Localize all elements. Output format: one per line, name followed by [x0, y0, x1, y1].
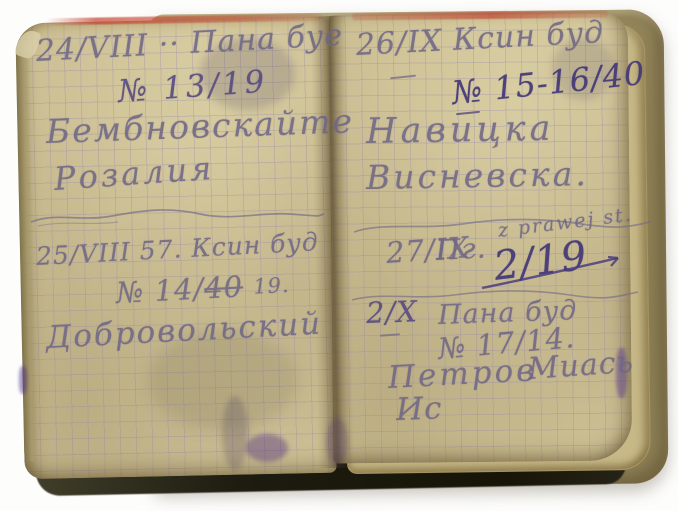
entry2-number-struck: 40 — [203, 269, 244, 305]
ink-smudge — [246, 434, 288, 462]
separator-squiggle — [28, 202, 326, 230]
pencil-smudge — [222, 396, 248, 470]
notebook-photo: 24/VIII ·· Пана буе № 13/19 Бембновскайт… — [0, 0, 678, 511]
squiggle-path — [31, 210, 324, 222]
entry5-name-part-3: Ис — [395, 390, 443, 428]
entry3-surname-1: Навицка — [366, 109, 555, 152]
squiggle-path — [38, 222, 118, 226]
entry5-date: 2/X — [365, 294, 418, 330]
entry5-name-part-2: Миась — [527, 345, 635, 387]
entry2-number-correction: 19. — [253, 273, 290, 299]
arrow-head — [608, 257, 618, 266]
entry2-number-prefix: № 14/ — [115, 271, 205, 310]
entry3-surname-2: Висневска. — [366, 154, 589, 197]
ink-smudge — [326, 418, 348, 466]
ink-mark — [19, 366, 27, 394]
